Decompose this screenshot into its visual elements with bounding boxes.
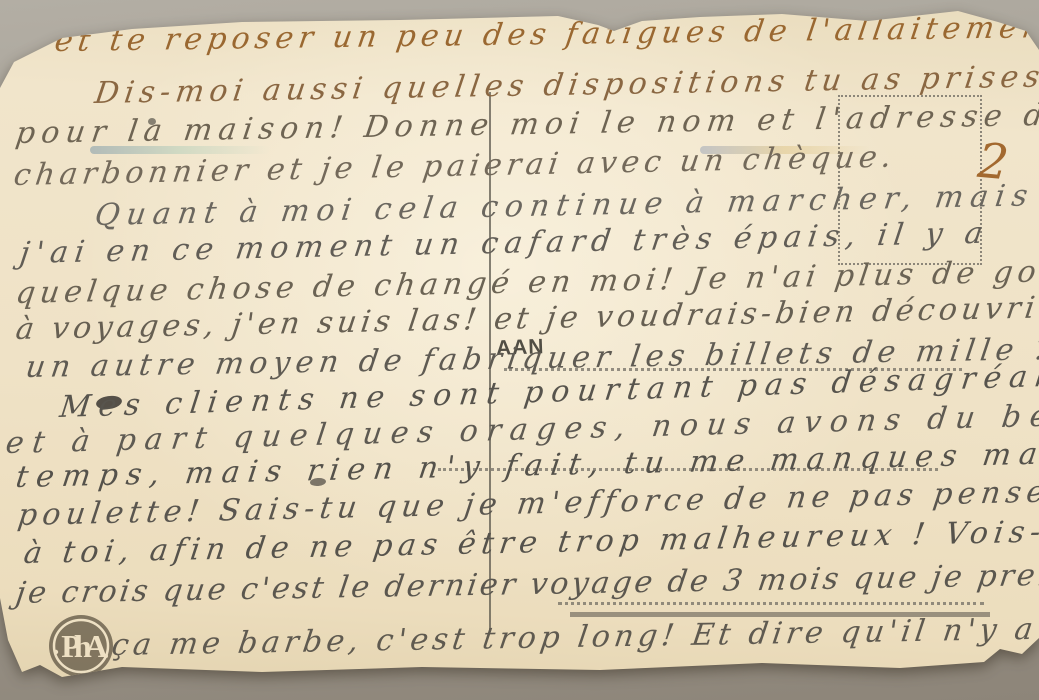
- postcard-shadow-wrap: AAN 2 PhA et te reposer un peu des fatig…: [0, 0, 1039, 700]
- monogram-letters: PhA: [61, 628, 107, 664]
- address-dotted-line-3: [558, 602, 984, 605]
- handwriting-line: et te reposer un peu des fatigues de l'a…: [52, 10, 1039, 59]
- postcard: AAN 2 PhA et te reposer un peu des fatig…: [0, 0, 1039, 700]
- handwriting-line: ça me barbe, c'est trop long! Et dire qu…: [110, 612, 1039, 663]
- publisher-monogram-logo: PhA: [48, 614, 114, 678]
